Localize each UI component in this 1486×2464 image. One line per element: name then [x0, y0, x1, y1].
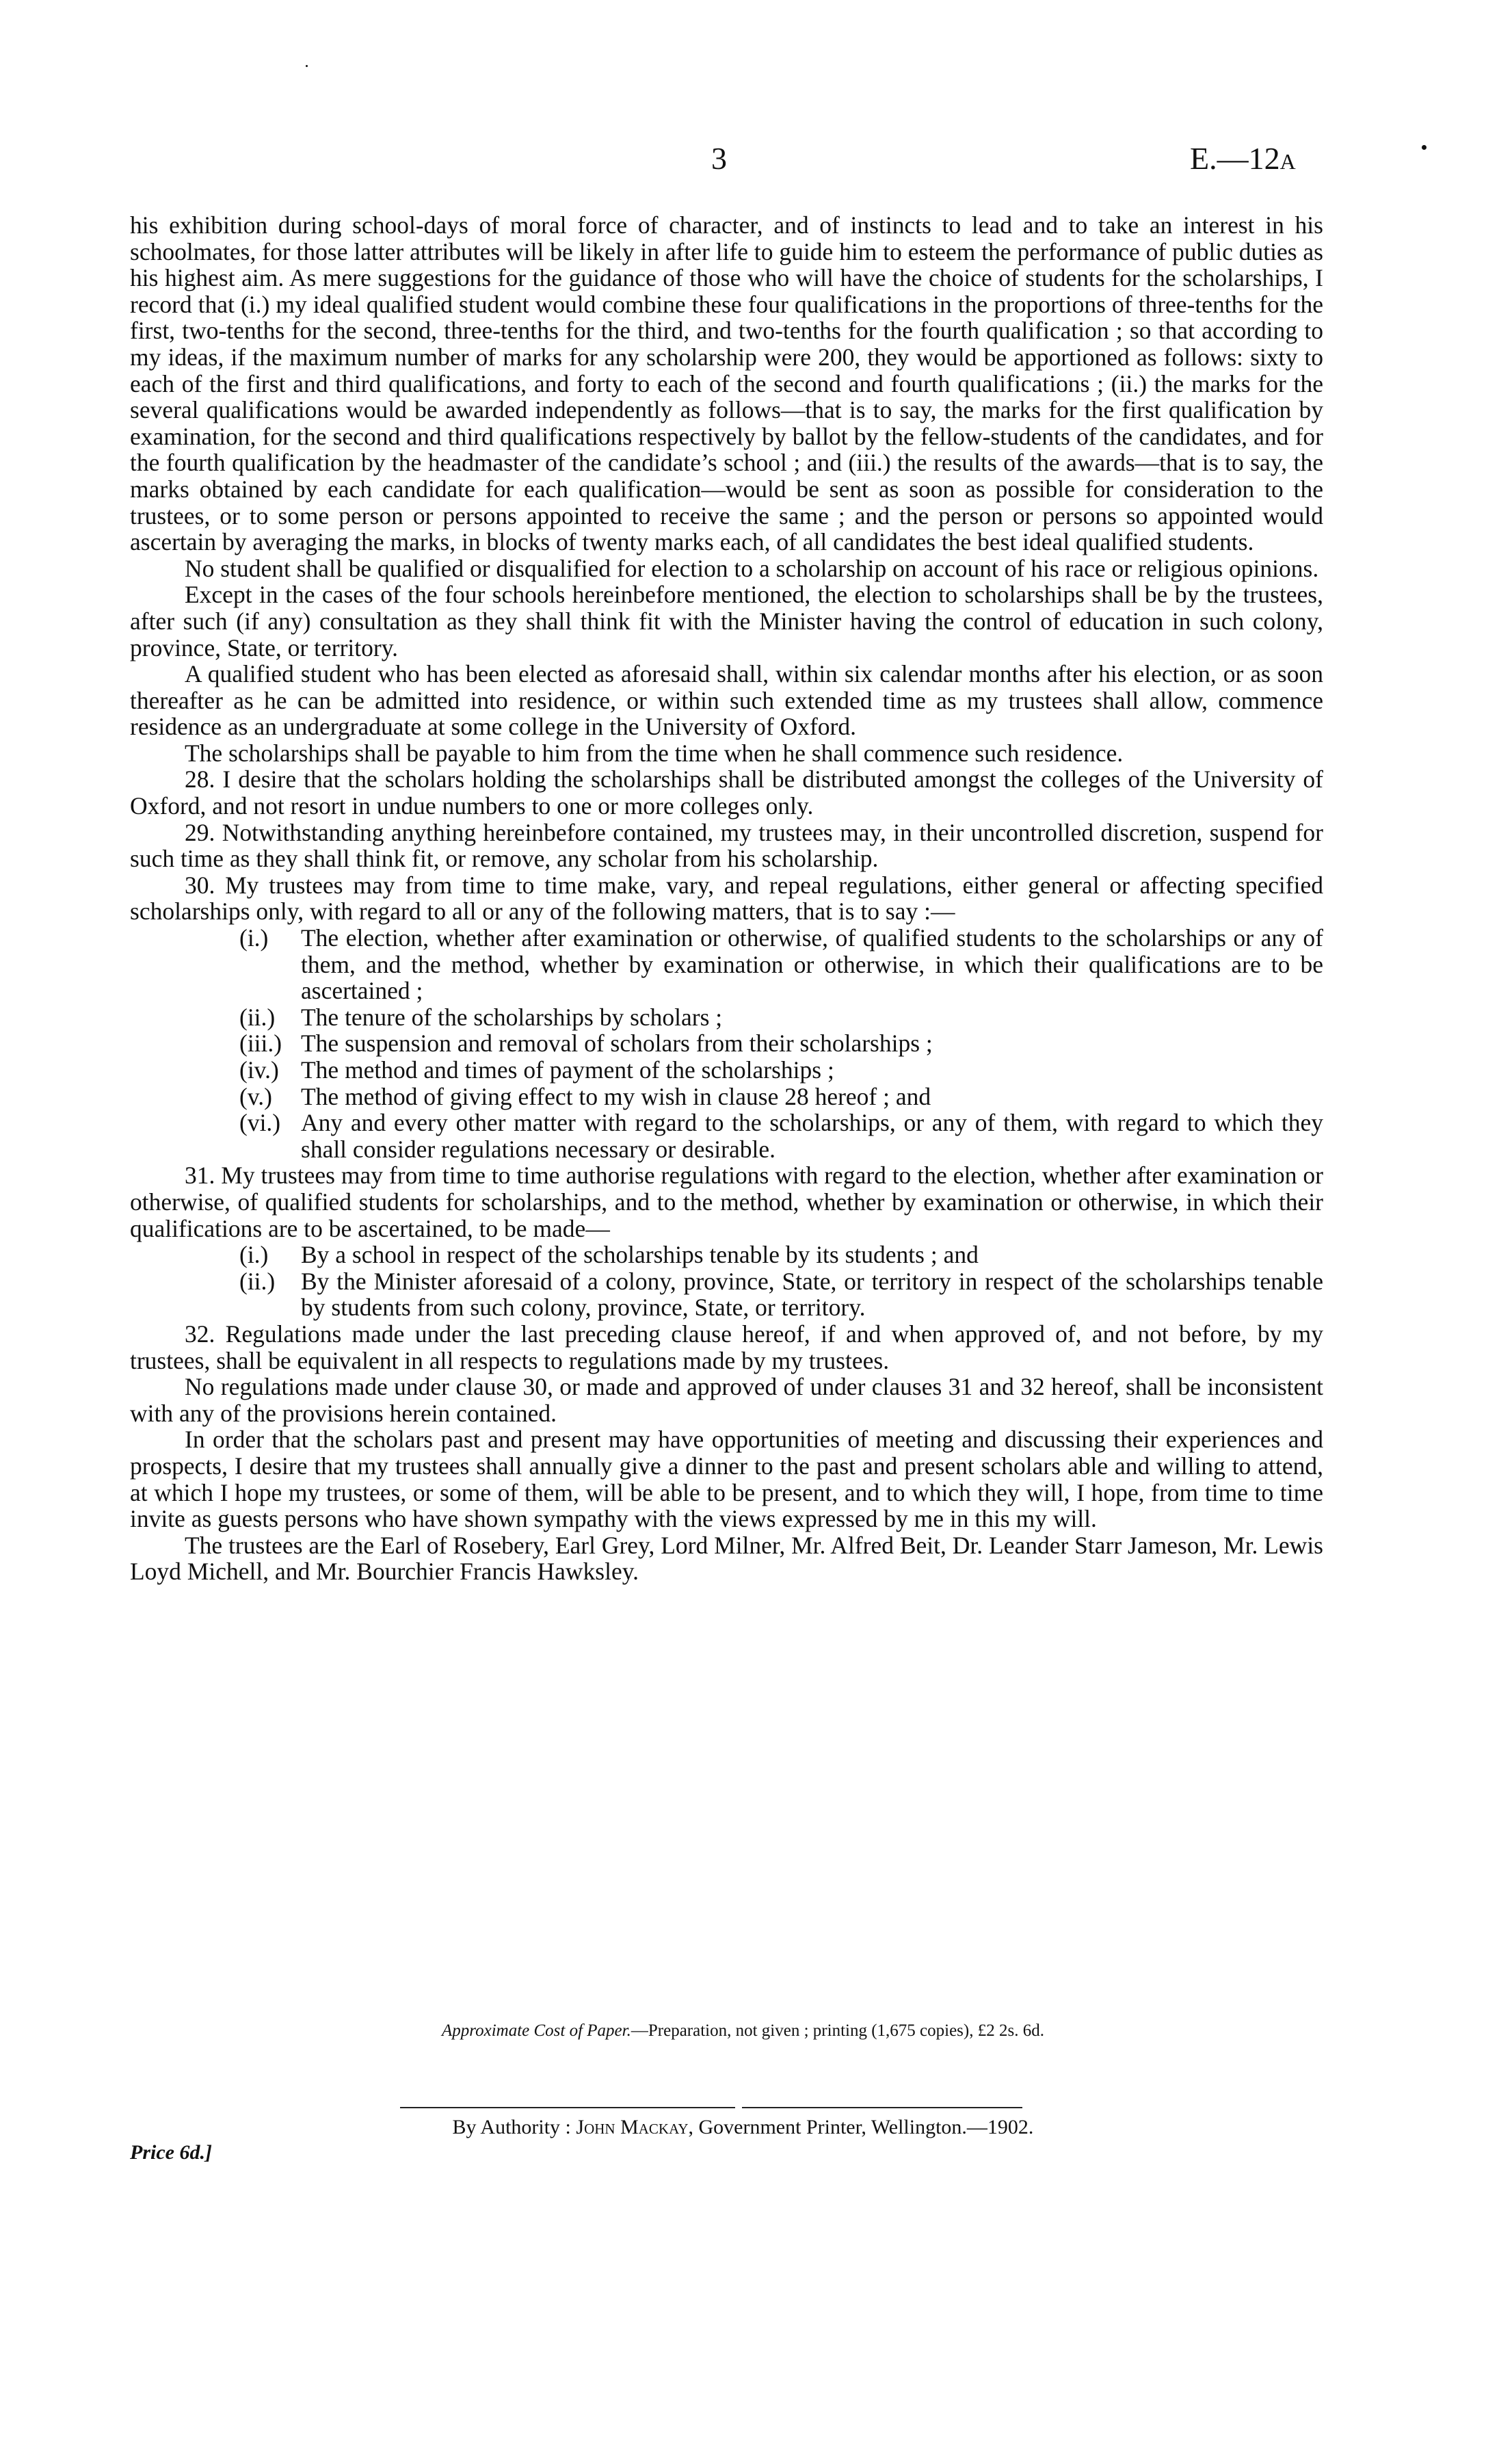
paragraph-race-religion: No student shall be qualified or disqual… — [130, 555, 1323, 582]
paragraph-continuation: his exhibition during school-days of mor… — [130, 212, 1323, 555]
list-item-text: By a school in respect of the scholarshi… — [301, 1242, 1323, 1268]
list-item: (i.)By a school in respect of the schola… — [130, 1242, 1323, 1268]
clause-32: 32. Regulations made under the last prec… — [130, 1321, 1323, 1374]
list-item-number: (iv.) — [239, 1057, 279, 1084]
paragraph-payable: The scholarships shall be payable to him… — [130, 740, 1323, 767]
body-text: his exhibition during school-days of mor… — [130, 212, 1323, 1585]
list-item-number: (ii.) — [239, 1268, 275, 1295]
list-item-number: (i.) — [239, 925, 268, 952]
authority-prefix: By Authority : — [453, 2116, 576, 2138]
list-item-number: (ii.) — [239, 1004, 275, 1031]
list-item: (ii.)The tenure of the scholarships by s… — [130, 1004, 1323, 1031]
paragraph-residence: A qualified student who has been elected… — [130, 661, 1323, 740]
list-item-text: Any and every other matter with regard t… — [301, 1110, 1323, 1162]
clause-30-list: (i.)The election, whether after examinat… — [130, 925, 1323, 1162]
paragraph-consistency: No regulations made under clause 30, or … — [130, 1374, 1323, 1426]
list-item: (iii.)The suspension and removal of scho… — [130, 1030, 1323, 1057]
list-item: (vi.)Any and every other matter with reg… — [130, 1110, 1323, 1162]
list-item-number: (i.) — [239, 1242, 268, 1268]
doc-ref-main: E.—12 — [1190, 141, 1280, 176]
divider-rule — [742, 2107, 1022, 2108]
list-item: (v.)The method of giving effect to my wi… — [130, 1084, 1323, 1110]
clause-31: 31. My trustees may from time to time au… — [130, 1162, 1323, 1242]
printer-name: John Mackay — [576, 2116, 688, 2138]
cost-label: Approximate Cost of Paper. — [442, 2021, 631, 2040]
list-item: (ii.)By the Minister aforesaid of a colo… — [130, 1268, 1323, 1321]
page-number: 3 — [711, 140, 727, 176]
list-item-number: (vi.) — [239, 1110, 280, 1136]
document-page: 3 E.—12A his exhibition during school-da… — [0, 0, 1486, 2464]
clause-31-list: (i.)By a school in respect of the schola… — [130, 1242, 1323, 1321]
list-item-number: (iii.) — [239, 1030, 282, 1057]
list-item-text: The method and times of payment of the s… — [301, 1057, 1323, 1084]
list-item: (iv.)The method and times of payment of … — [130, 1057, 1323, 1084]
paragraph-election: Except in the cases of the four schools … — [130, 581, 1323, 661]
list-item-text: The suspension and removal of scholars f… — [301, 1030, 1323, 1057]
list-item-text: The election, whether after examination … — [301, 925, 1323, 1004]
doc-ref-suffix: A — [1280, 149, 1296, 174]
document-reference: E.—12A — [1190, 140, 1296, 176]
paragraph-annual-dinner: In order that the scholars past and pres… — [130, 1426, 1323, 1532]
print-speck — [1422, 145, 1427, 150]
clause-29: 29. Notwithstanding anything hereinbefor… — [130, 820, 1323, 872]
approximate-cost-note: Approximate Cost of Paper.—Preparation, … — [0, 2021, 1486, 2041]
printer-authority: By Authority : John Mackay, Government P… — [0, 2116, 1486, 2139]
paragraph-trustees: The trustees are the Earl of Rosebery, E… — [130, 1532, 1323, 1585]
cost-text: —Preparation, not given ; printing (1,67… — [631, 2021, 1044, 2040]
divider-rule — [400, 2107, 735, 2108]
clause-30: 30. My trustees may from time to time ma… — [130, 872, 1323, 925]
list-item: (i.)The election, whether after examinat… — [130, 925, 1323, 1004]
price-label: Price 6d.] — [130, 2141, 212, 2164]
authority-suffix: , Government Printer, Wellington.—1902. — [689, 2116, 1034, 2138]
clause-28: 28. I desire that the scholars holding t… — [130, 766, 1323, 819]
list-item-text: By the Minister aforesaid of a colony, p… — [301, 1268, 1323, 1321]
list-item-text: The method of giving effect to my wish i… — [301, 1084, 1323, 1110]
list-item-number: (v.) — [239, 1084, 272, 1110]
page-header: 3 E.—12A — [0, 140, 1486, 181]
list-item-text: The tenure of the scholarships by schola… — [301, 1004, 1323, 1031]
print-speck — [306, 65, 308, 67]
